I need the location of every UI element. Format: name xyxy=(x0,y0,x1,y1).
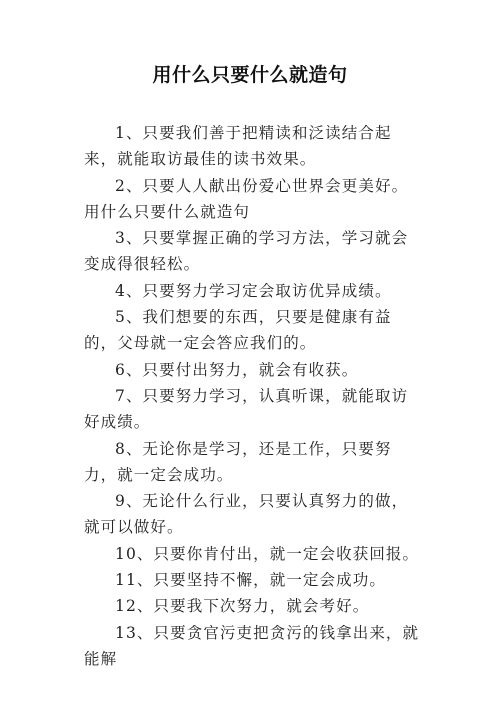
sentence-paragraph: 3、只要掌握正确的学习方法，学习就会变成得很轻松。 xyxy=(84,225,422,278)
document-title: 用什么只要什么就造句 xyxy=(0,60,500,87)
sentence-paragraph: 1、只要我们善于把精读和泛读结合起来，就能取访最佳的读书效果。 xyxy=(84,120,422,173)
sentence-paragraph: 11、只要坚持不懈，就一定会成功。 xyxy=(84,567,422,593)
sentence-paragraph: 8、无论你是学习，还是工作，只要努力，就一定会成功。 xyxy=(84,436,422,489)
sentence-paragraph: 10、只要你肯付出，就一定会收获回报。 xyxy=(84,541,422,567)
sentence-paragraph: 6、只要付出努力，就会有收获。 xyxy=(84,357,422,383)
sentence-paragraph: 12、只要我下次努力，就会考好。 xyxy=(84,593,422,619)
sentence-paragraph: 5、我们想要的东西，只要是健康有益的，父母就一定会答应我们的。 xyxy=(84,304,422,357)
document-page: 用什么只要什么就造句 1、只要我们善于把精读和泛读结合起来，就能取访最佳的读书效… xyxy=(0,0,500,707)
sentence-paragraph: 2、只要人人献出份爱心世界会更美好。用什么只要什么就造句 xyxy=(84,173,422,226)
sentence-paragraph: 7、只要努力学习，认真听课，就能取访好成绩。 xyxy=(84,383,422,436)
sentence-paragraph: 9、无论什么行业，只要认真努力的做，就可以做好。 xyxy=(84,488,422,541)
sentence-paragraph: 13、只要贪官污吏把贪污的钱拿出来，就能解 xyxy=(84,620,422,673)
sentence-paragraph: 4、只要努力学习定会取访优异成绩。 xyxy=(84,278,422,304)
document-body: 1、只要我们善于把精读和泛读结合起来，就能取访最佳的读书效果。 2、只要人人献出… xyxy=(84,120,422,672)
